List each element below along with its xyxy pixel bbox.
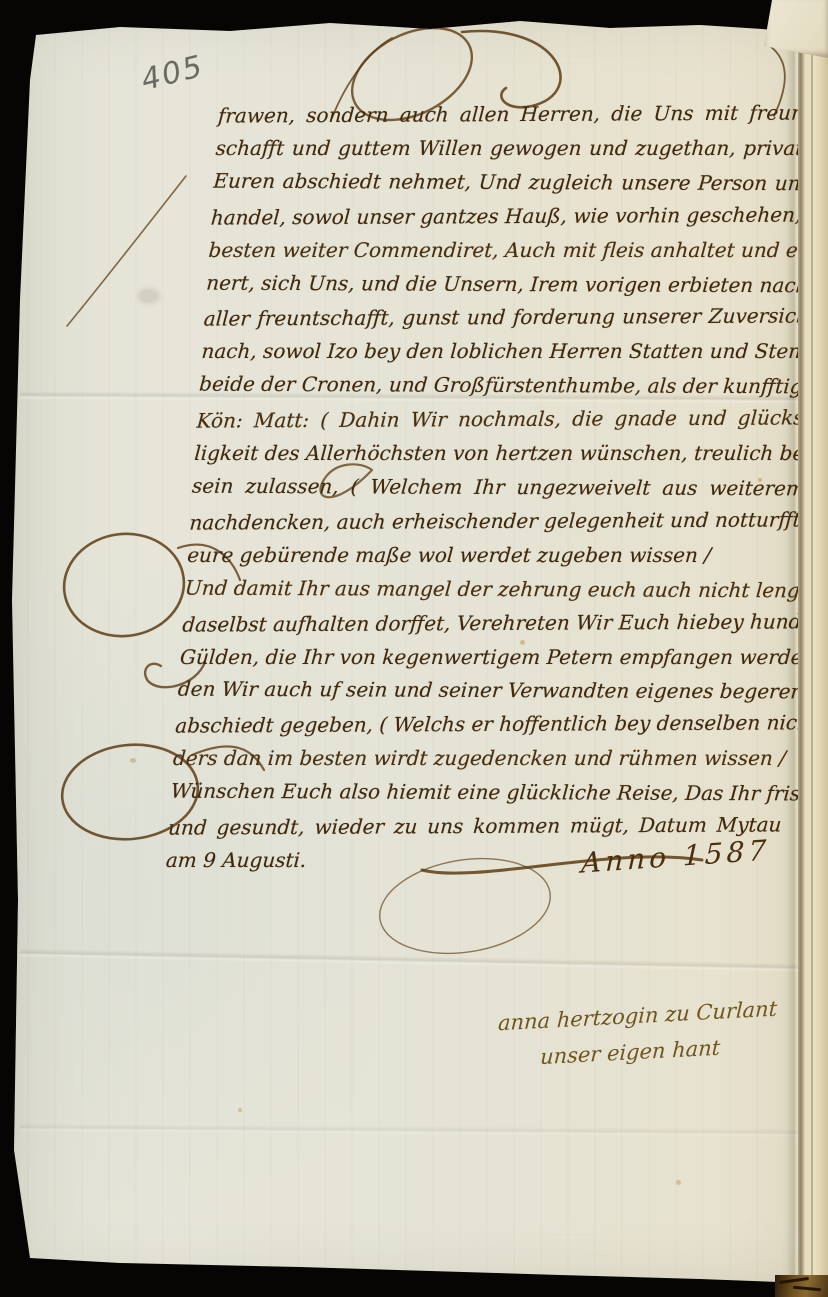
manuscript-line: schafft und guttem Willen gewogen und zu… [215,132,828,166]
manuscript-line: besten weiter Commendiret, Auch mit flei… [207,234,822,268]
manuscript-line: Kön: Matt: ( Dahin Wir nochmals, die gna… [196,402,811,439]
photograph-background: 405 frawen, sondern auch allen Herren, d… [0,0,828,1297]
manuscript-line: ders dan im besten wirdt zugedencken und… [172,742,787,776]
top-flourish-curve [462,31,561,107]
left-margin-loop [58,527,190,643]
manuscript-line: ligkeit des Allerhöchsten von hertzen wü… [193,437,808,471]
manuscript-line: nachdencken, auch erheischender gelegenh… [188,503,803,540]
signature-block: anna hertzogin zu Curlant unser eigen ha… [495,991,778,1078]
manuscript-line: daselbst aufhalten dorffet, Verehreten W… [181,605,796,642]
manuscript-line: handel, sowol unser gantzes Hauß, wie vo… [210,198,825,235]
manuscript-line: nach, sowol Izo bey den loblichen Herren… [200,335,815,369]
manuscript-line: Und damit Ihr aus mangel der zehrung euc… [184,571,799,608]
manuscript-page: 405 frawen, sondern auch allen Herren, d… [0,0,828,1297]
manuscript-line: sein zulassen, ( Welchem Ihr ungezweivel… [191,470,806,507]
foxing-spot [238,1108,242,1112]
manuscript-line: Euren abschiedt nehmet, Und zugleich uns… [212,164,827,201]
binding-edge-strip [798,0,828,1297]
foxing-spot [138,288,160,304]
page-edge-seam [811,0,813,1297]
margin-pen-stroke [67,176,186,326]
bottom-right-page-edges [775,1275,828,1297]
horizontal-fold-crease [20,1123,800,1137]
manuscript-line: den Wir auch uf sein und seiner Verwandt… [177,673,792,710]
foxing-spot [130,758,136,763]
horizontal-fold-crease [20,949,800,973]
manuscript-line: nert, sich Uns, und die Unsern, Irem vor… [205,266,820,303]
manuscript-line: frawen, sondern auch allen Herren, die U… [217,96,828,133]
foxing-spot [676,1180,681,1185]
page-number-pencil: 405 [138,49,208,98]
manuscript-line: beide der Cronen, und Großfürstenthumbe,… [198,368,813,405]
manuscript-text-block: frawen, sondern auch allen Herren, die U… [165,98,828,878]
manuscript-line: Wünschen Euch also hiemit eine glücklich… [169,775,784,812]
manuscript-line: aller freuntschafft, gunst und forderung… [203,300,818,337]
manuscript-line: Gülden, die Ihr von kegenwertigem Petern… [179,641,794,675]
manuscript-line: eure gebürende maße wol werdet zugeben w… [186,539,801,573]
manuscript-line: abschiedt gegeben, ( Welchs er hoffentli… [174,707,789,744]
